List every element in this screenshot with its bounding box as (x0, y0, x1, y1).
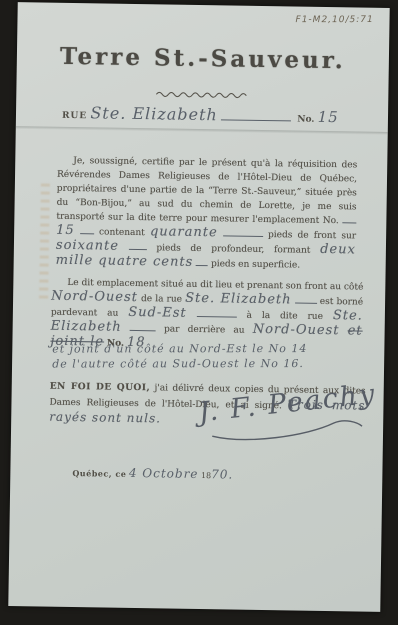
fill-rule (223, 230, 263, 237)
fill-rule (221, 114, 291, 122)
squiggle-line-graphic (154, 89, 250, 99)
street-handwritten: Ste. Elizabeth (185, 291, 292, 308)
handwritten-addendum: et joint d'un côté au Nord-Est le No 14 … (52, 341, 372, 372)
addendum-line1: et joint d'un côté au Nord-Est le No 14 (52, 341, 372, 357)
fill-rule (197, 311, 237, 318)
fill-rule (129, 244, 147, 250)
document-paper: F1-M2,10/5:71 Terre St.-Sauveur. RUE Ste… (8, 2, 389, 612)
rue-label: RUE (62, 111, 87, 121)
no-label: No. (297, 115, 314, 125)
front-side-handwritten: Nord-Ouest (51, 289, 138, 305)
lot-no-handwritten: 15 (56, 223, 75, 238)
paragraph2-text2: de la rue (141, 294, 182, 305)
front-label: pieds de front sur (268, 230, 356, 241)
date-century-printed: 18 (201, 471, 211, 480)
paragraph2-text4: à la dite rue (246, 311, 323, 322)
paper-crease (16, 126, 388, 135)
place-label: Québec, ce (72, 468, 126, 479)
fill-rule (295, 298, 317, 304)
contenant-label: contenant (99, 227, 145, 238)
date-day-month-handwritten: 4 Octobre (129, 466, 199, 481)
street-name-handwritten: Ste. Elizabeth (90, 103, 218, 124)
derriere-side-handwritten: Nord-Ouest (253, 322, 340, 338)
scan-background: F1-M2,10/5:71 Terre St.-Sauveur. RUE Ste… (0, 0, 398, 625)
pardevant-side-handwritten: Sud-Est (128, 305, 187, 321)
en-foi-de-quoi-lead: EN FOI DE QUOI, (50, 382, 151, 394)
addendum-line2: de l'autre côté au Sud-Ouest le No 16. (52, 356, 372, 372)
archive-pencil-annotation: F1-M2,10/5:71 (295, 15, 373, 25)
margin-stamp-faint (39, 181, 50, 299)
area-label: pieds en superficie. (211, 259, 300, 270)
fill-rule (80, 228, 94, 234)
fill-rule (130, 325, 156, 331)
date-line: Québec, ce 4 Octobre 1870. (72, 465, 233, 482)
title-squiggle-rule (16, 80, 388, 105)
certification-paragraph: Je, soussigné, certifie par le présent q… (56, 154, 358, 274)
paragraph2-text5: par derrière au (164, 324, 245, 335)
front-feet-handwritten: quarante (150, 224, 218, 240)
fill-rule (196, 260, 208, 266)
paragraph1-text: Je, soussigné, certifie par le présent q… (56, 156, 357, 226)
lot-number-handwritten: 15 (318, 108, 339, 126)
date-year-handwritten: 70. (211, 467, 233, 481)
depth-feet-handwritten: soixante (56, 238, 119, 254)
fill-rule (342, 217, 356, 223)
document-title: Terre St.-Sauveur. (17, 42, 389, 75)
street-line: RUE Ste. Elizabeth No. 15 (62, 103, 358, 127)
